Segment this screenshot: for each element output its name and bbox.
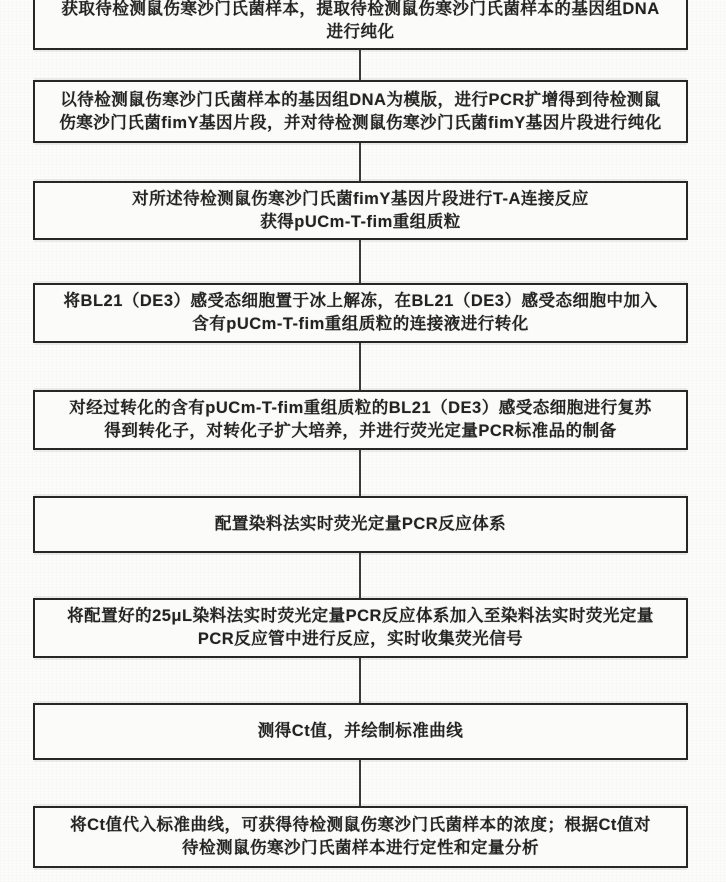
- flow-step-8-text: 测得Ct值，并绘制标准曲线: [35, 719, 686, 744]
- flow-step-1-text: 获取待检测鼠伤寒沙门氏菌样本，提取待检测鼠伤寒沙门氏菌样本的基因组DNA 进行纯…: [35, 0, 686, 45]
- flow-connector-8: [359, 760, 361, 806]
- flow-step-1: 获取待检测鼠伤寒沙门氏菌样本，提取待检测鼠伤寒沙门氏菌样本的基因组DNA 进行纯…: [33, 0, 688, 50]
- flow-step-8: 测得Ct值，并绘制标准曲线: [33, 703, 688, 760]
- flow-step-5: 对经过转化的含有pUCm-T-fim重组质粒的BL21（DE3）感受态细胞进行复…: [33, 390, 688, 450]
- flow-step-4-text: 将BL21（DE3）感受态细胞置于冰上解冻，在BL21（DE3）感受态细胞中加入…: [35, 289, 686, 337]
- flow-connector-3: [359, 240, 361, 283]
- flow-step-6-text: 配置染料法实时荧光定量PCR反应体系: [35, 512, 686, 537]
- flow-connector-6: [359, 553, 361, 598]
- flow-connector-5: [359, 450, 361, 496]
- flow-connector-7: [359, 658, 361, 703]
- flow-step-4: 将BL21（DE3）感受态细胞置于冰上解冻，在BL21（DE3）感受态细胞中加入…: [33, 283, 688, 343]
- flow-step-6: 配置染料法实时荧光定量PCR反应体系: [33, 496, 688, 553]
- flow-step-9-text: 将Ct值代入标准曲线，可获得待检测鼠伤寒沙门氏菌样本的浓度；根据Ct值对 待检测…: [35, 813, 686, 861]
- flow-connector-4: [359, 343, 361, 390]
- flow-step-3-text: 对所述待检测鼠伤寒沙门氏菌fimY基因片段进行T-A连接反应 获得pUCm-T-…: [35, 187, 686, 235]
- flow-step-3: 对所述待检测鼠伤寒沙门氏菌fimY基因片段进行T-A连接反应 获得pUCm-T-…: [33, 181, 688, 240]
- flow-step-7-text: 将配置好的25μL染料法实时荧光定量PCR反应体系加入至染料法实时荧光定量 PC…: [35, 604, 686, 652]
- flow-connector-1: [359, 50, 361, 80]
- flowchart: 获取待检测鼠伤寒沙门氏菌样本，提取待检测鼠伤寒沙门氏菌样本的基因组DNA 进行纯…: [0, 0, 726, 882]
- flow-connector-2: [359, 143, 361, 181]
- flow-step-2: 以待检测鼠伤寒沙门氏菌样本的基因组DNA为模版，进行PCR扩增得到待检测鼠 伤寒…: [33, 80, 688, 143]
- flow-step-5-text: 对经过转化的含有pUCm-T-fim重组质粒的BL21（DE3）感受态细胞进行复…: [35, 396, 686, 444]
- flow-step-9: 将Ct值代入标准曲线，可获得待检测鼠伤寒沙门氏菌样本的浓度；根据Ct值对 待检测…: [33, 806, 688, 868]
- flow-step-2-text: 以待检测鼠伤寒沙门氏菌样本的基因组DNA为模版，进行PCR扩增得到待检测鼠 伤寒…: [35, 88, 686, 136]
- flow-step-7: 将配置好的25μL染料法实时荧光定量PCR反应体系加入至染料法实时荧光定量 PC…: [33, 598, 688, 658]
